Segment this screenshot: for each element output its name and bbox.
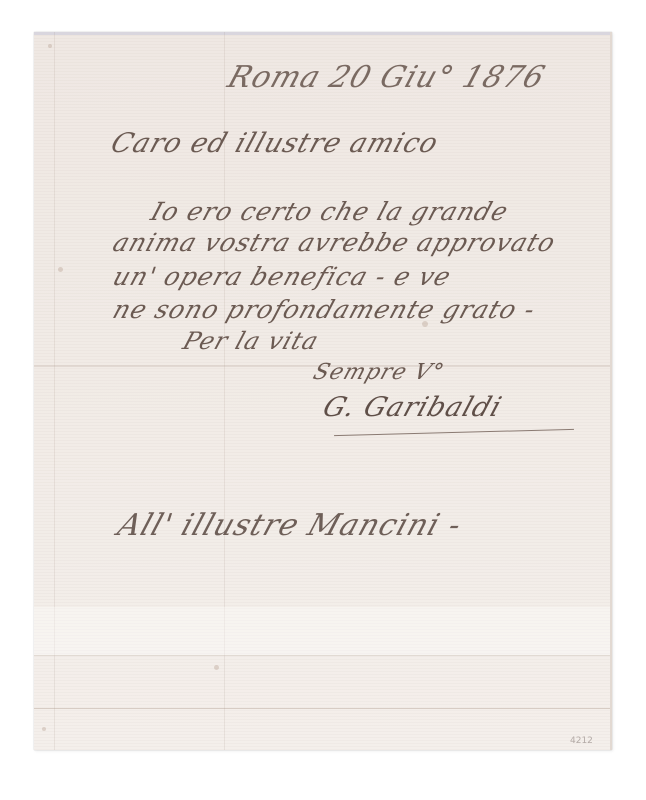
lower-fold-band	[34, 607, 610, 656]
body-line-1: Io ero certo che la grande	[147, 197, 512, 226]
addressee: All' illustre Mancini -	[113, 508, 466, 543]
stain	[214, 665, 219, 670]
stain	[58, 267, 63, 272]
letter-date: Roma 20 Giu° 1876	[223, 60, 549, 95]
body-line-3: un' opera benefica - e ve	[109, 262, 455, 291]
signature: G. Garibaldi	[319, 392, 506, 423]
body-line-2: anima vostra avrebbe approvato	[109, 228, 559, 257]
letter-paper: Roma 20 Giu° 1876 Caro ed illustre amico…	[34, 32, 612, 750]
stain	[42, 727, 46, 731]
body-line-4: ne sono profondamente grato -	[109, 295, 539, 324]
letter-salutation: Caro ed illustre amico	[107, 128, 443, 159]
closing-line-2: Sempre V°	[310, 360, 448, 385]
bottom-fold	[34, 708, 610, 709]
signature-underline	[334, 429, 574, 436]
stain	[48, 44, 52, 48]
closing-line-1: Per la vita	[179, 327, 322, 355]
pencil-note: 4212	[570, 736, 593, 746]
